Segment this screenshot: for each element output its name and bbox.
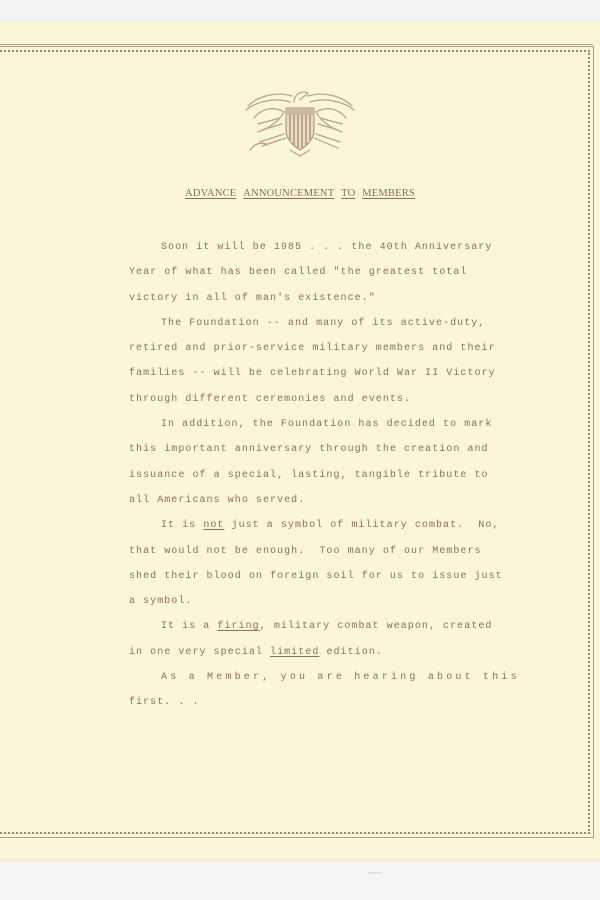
text-line: retired and prior-service military membe…: [129, 336, 474, 361]
text-line: a symbol.: [129, 589, 474, 614]
text-line: shed their blood on foreign soil for us …: [129, 564, 474, 589]
text-line: all Americans who served.: [129, 488, 474, 513]
text-run: in one very special: [129, 647, 270, 658]
text-line: Soon it will be 1985 . . . the 40th Anni…: [129, 235, 474, 260]
title-word: TO: [341, 188, 355, 199]
text-line: It is a firing, military combat weapon, …: [129, 614, 474, 639]
underlined-emphasis: not: [203, 520, 224, 531]
text-line: As a Member, you are hearing about this: [129, 665, 474, 690]
table-smudge: [368, 872, 382, 874]
border-rule: [0, 44, 593, 45]
text-run: It is a: [161, 621, 217, 632]
paragraph: In addition, the Foundation has decided …: [129, 412, 474, 513]
text-line: The Foundation -- and many of its active…: [129, 311, 474, 336]
text-line: It is not just a symbol of military comb…: [129, 513, 474, 538]
text-run: It is: [161, 520, 203, 531]
paragraph: Soon it will be 1985 . . . the 40th Anni…: [129, 235, 474, 311]
announcement-title: ADVANCE ANNOUNCEMENT TO MEMBERS: [0, 188, 600, 199]
text-run: , military combat weapon, created: [260, 621, 493, 632]
paragraph: It is not just a symbol of military comb…: [129, 513, 474, 614]
text-run: edition.: [319, 647, 382, 658]
text-line: through different ceremonies and events.: [129, 387, 474, 412]
letter-body: Soon it will be 1985 . . . the 40th Anni…: [129, 235, 474, 716]
text-run: just a symbol of military combat. No,: [224, 520, 499, 531]
underlined-emphasis: limited: [270, 647, 319, 658]
title-word: MEMBERS: [362, 188, 415, 199]
text-line: this important anniversary through the c…: [129, 437, 474, 462]
text-line: that would not be enough. Too many of ou…: [129, 539, 474, 564]
text-line: In addition, the Foundation has decided …: [129, 412, 474, 437]
title-word: ANNOUNCEMENT: [243, 188, 334, 199]
eagle-shield-icon: [240, 84, 360, 158]
text-line: Year of what has been called "the greate…: [129, 260, 474, 285]
title-word: ADVANCE: [185, 188, 236, 199]
underlined-emphasis: firing: [217, 621, 259, 632]
paragraph: It is a firing, military combat weapon, …: [129, 614, 474, 665]
text-line: victory in all of man's existence.": [129, 286, 474, 311]
text-line: issuance of a special, lasting, tangible…: [129, 463, 474, 488]
text-line: first. . .: [129, 690, 474, 715]
text-line: in one very special limited edition.: [129, 640, 474, 665]
photo-scene: ADVANCE ANNOUNCEMENT TO MEMBERS Soon it …: [0, 0, 600, 900]
text-line: families -- will be celebrating World Wa…: [129, 361, 474, 386]
paragraph: As a Member, you are hearing about this …: [129, 665, 474, 716]
paragraph: The Foundation -- and many of its active…: [129, 311, 474, 412]
